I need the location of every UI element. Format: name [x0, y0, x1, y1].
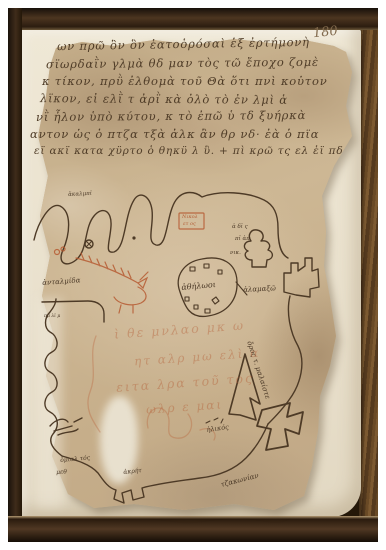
text-line: κ τίκον, πρῢ ἐλθομὰ τοῦ Θὰ ὅτι πνὶ κοὐτο… — [42, 74, 327, 88]
text-line: σϊωρδαῒν γλμὰ θδ μαν τὸς τῶ ἔποχο ζομὲ — [46, 55, 319, 71]
figure-label-2: πϊ ἀπ — [235, 236, 250, 242]
figure-label-1: ἁ δϊ ς — [232, 224, 248, 230]
manuscript-photo: 180 ων πρῶ ὃν ὃν ἑατοὁρόσαὶ ἑξ ἐρτήμονὴ … — [0, 0, 386, 550]
castle-town-label: ἁλαμαξῶ — [243, 284, 276, 294]
text-line: αντον ὡς ὁ πτζα τξὰ ἀλκ ἂν θρ νδ· ἐὰ ὁ π… — [30, 127, 319, 141]
red-stamp-line2: ετ ος — [183, 221, 196, 227]
southwest-town-label-2: μεθ — [56, 468, 67, 476]
red-stamp-line1: Νικολ — [182, 214, 198, 220]
top-town-label: ἄκαλμπϊ — [68, 191, 92, 198]
figure-label-3: νικ. — [230, 250, 241, 256]
coast-small-label: πμ λϊ μ — [44, 314, 60, 319]
text-line: νῒ ἦλον ὑπὸ κύτου, κ τὸ ἐπῶ ὑ τδ ξυήρκὰ — [36, 108, 306, 124]
text-line: εϊ ακϊ κατα χϋρτο ὁ θηκϋ λ ὓ. + πὶ κρῶ τ… — [34, 145, 343, 157]
text-line: λϊκον, εἰ ελῒ τ ἀρῒ κὰ ὀλὸ τὸ ἐν λμὶ ἁ — [40, 91, 288, 107]
folio-number: 180 — [312, 24, 338, 42]
worn-left-edge — [36, 298, 62, 508]
frame-right-edge — [359, 8, 378, 542]
frame-left-edge — [8, 8, 22, 542]
